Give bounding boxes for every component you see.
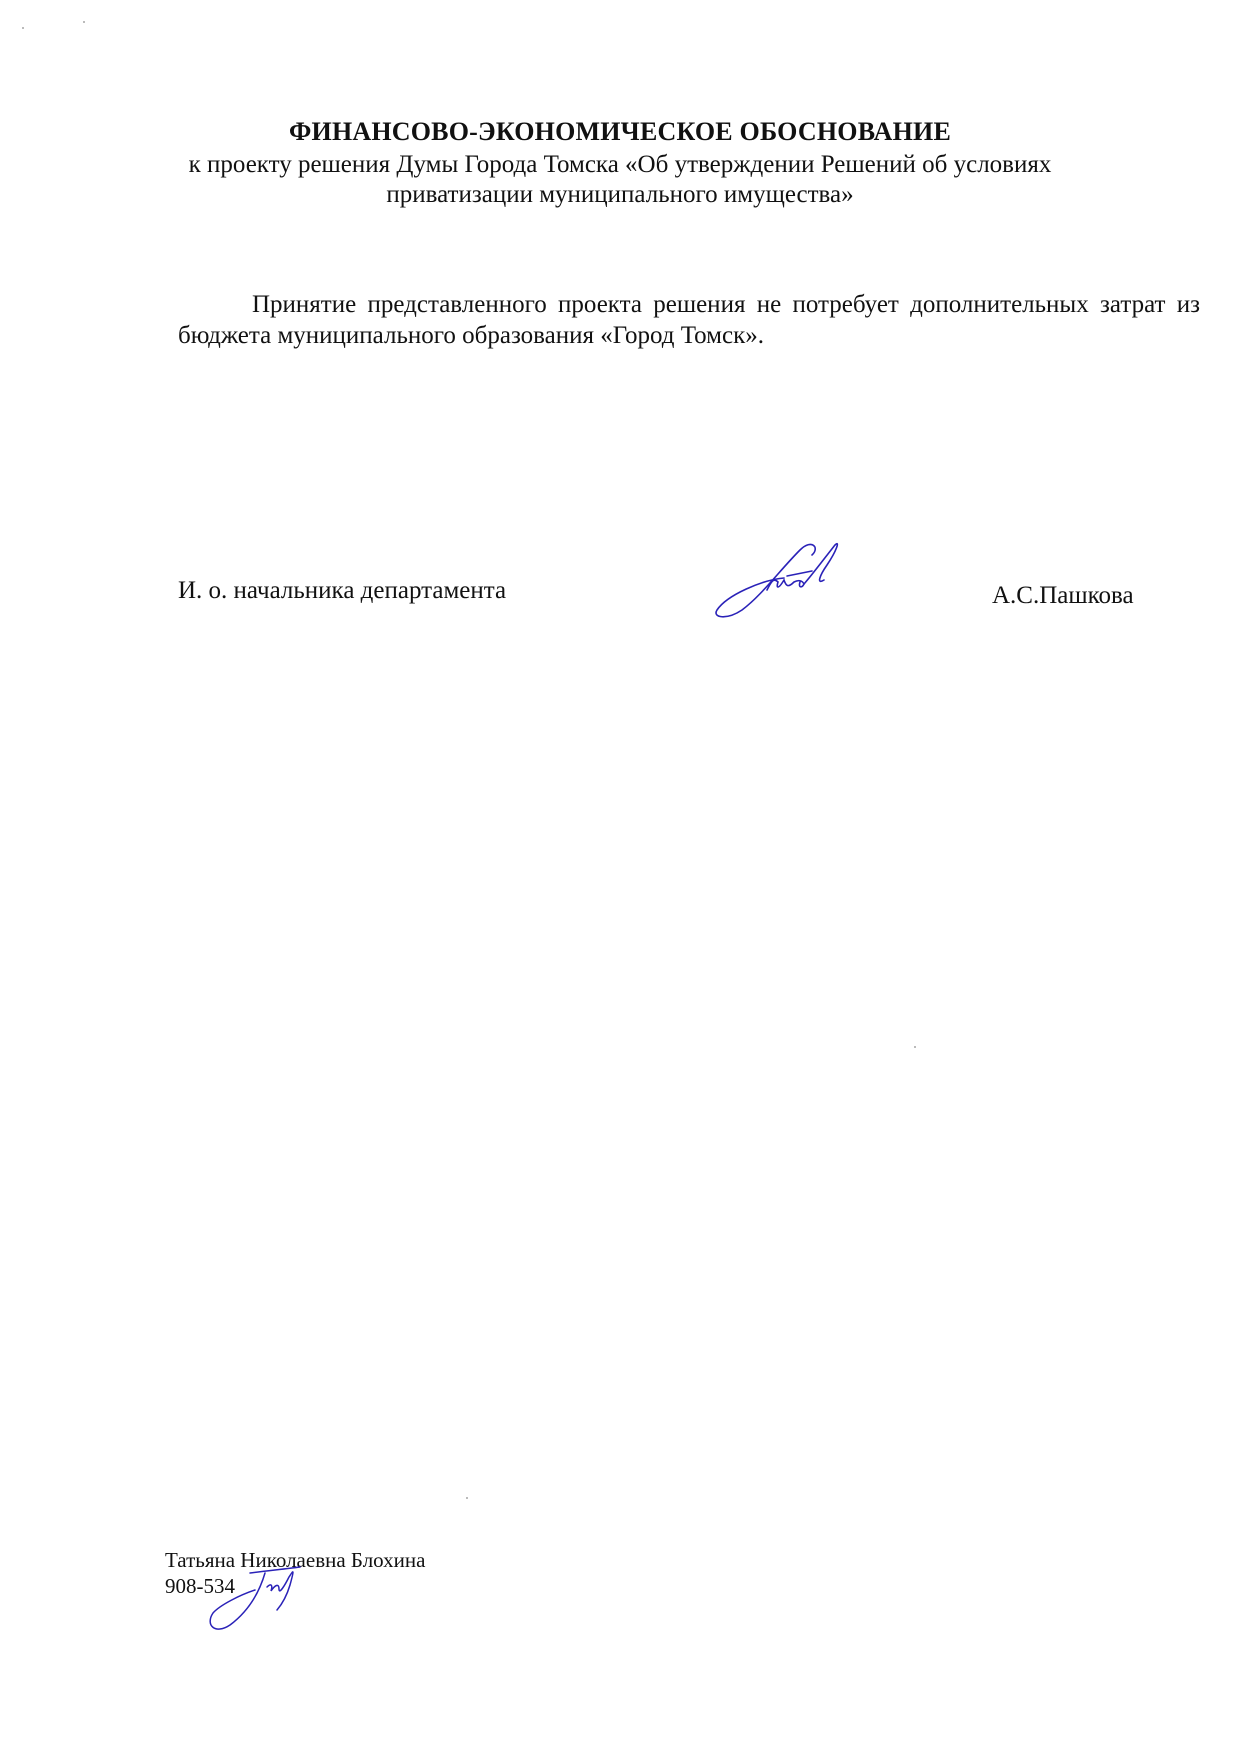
handwritten-signature-icon — [712, 540, 872, 620]
scan-artifact — [466, 1497, 468, 1499]
scan-artifact — [914, 1046, 916, 1048]
document-title: ФИНАНСОВО-ЭКОНОМИЧЕСКОЕ ОБОСНОВАНИЕ — [0, 117, 1240, 147]
scan-artifact — [83, 21, 85, 23]
initials-signature-icon — [205, 1565, 305, 1635]
body-paragraph-line-1: Принятие представленного проекта решения… — [178, 291, 1200, 319]
document-subtitle-line-1: к проекту решения Думы Города Томска «Об… — [0, 151, 1240, 179]
body-text-1: Принятие представленного проекта решения… — [252, 291, 1200, 318]
document-subtitle-line-2: приватизации муниципального имущества» — [0, 181, 1240, 209]
scan-artifact — [22, 27, 24, 29]
body-paragraph-line-2: бюджета муниципального образования «Горо… — [178, 322, 1200, 350]
signer-name: А.С.Пашкова — [992, 582, 1134, 610]
signer-position: И. о. начальника департамента — [178, 577, 506, 605]
